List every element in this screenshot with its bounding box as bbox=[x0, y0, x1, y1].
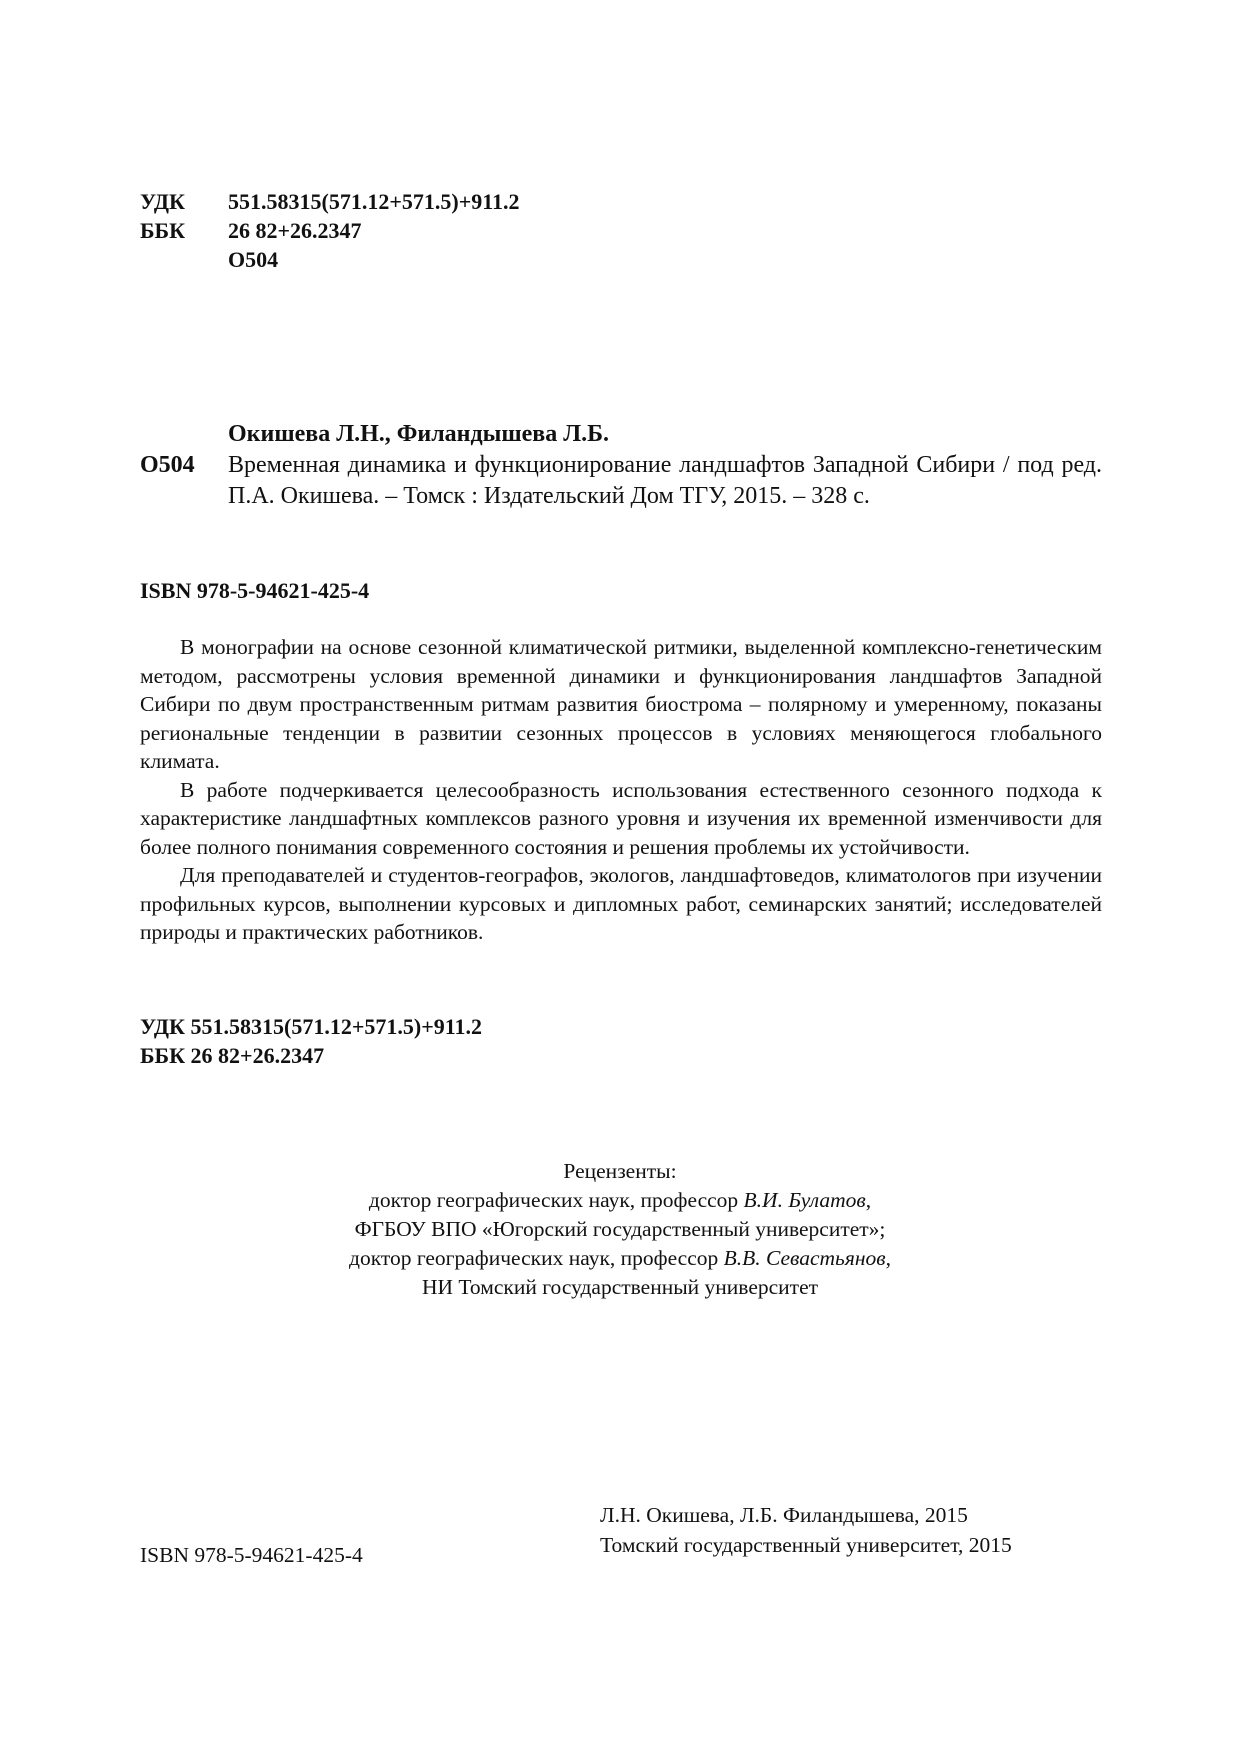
udk-value: 551.58315(571.12+571.5)+911.2 bbox=[228, 187, 520, 216]
authors: Окишева Л.Н., Филандышева Л.Б. bbox=[228, 419, 1102, 450]
author-mark: О504 bbox=[228, 245, 278, 274]
bibliographic-description: О504 Временная динамика и функционирован… bbox=[140, 450, 1102, 512]
bbk-value: 26 82+26.2347 bbox=[228, 216, 362, 245]
copyright-authors: Л.Н. Окишева, Л.Б. Филандышева, 2015 bbox=[600, 1500, 1012, 1530]
reviewer-1-title: доктор географических наук, профессор bbox=[369, 1188, 744, 1212]
bibliographic-entry: Окишева Л.Н., Филандышева Л.Б. О504 Врем… bbox=[140, 419, 1102, 512]
reviewer-1-affiliation: ФГБОУ ВПО «Югорский государственный унив… bbox=[280, 1215, 960, 1244]
bbk-row: ББК 26 82+26.2347 bbox=[140, 216, 520, 245]
classification-block: УДК 551.58315(571.12+571.5)+911.2 ББК 26… bbox=[140, 187, 520, 274]
reviewer-2-title: доктор географических наук, профессор bbox=[349, 1246, 724, 1270]
reviewer-2-name: В.В. Севастьянов bbox=[724, 1246, 886, 1270]
title-description: Временная динамика и функционирование ла… bbox=[228, 450, 1102, 512]
annotation-paragraph: В работе подчеркивается целесообразность… bbox=[140, 776, 1102, 862]
reviewer-2-affiliation: НИ Томский государственный университет bbox=[280, 1273, 960, 1302]
isbn-bottom: ISBN 978-5-94621-425-4 bbox=[140, 1543, 363, 1568]
udk-bottom: УДК 551.58315(571.12+571.5)+911.2 bbox=[140, 1012, 482, 1041]
udk-row: УДК 551.58315(571.12+571.5)+911.2 bbox=[140, 187, 520, 216]
author-code: О504 bbox=[140, 450, 228, 512]
copyright-block: Л.Н. Окишева, Л.Б. Филандышева, 2015 Том… bbox=[600, 1500, 1012, 1560]
reviewers-block: Рецензенты: доктор географических наук, … bbox=[280, 1157, 960, 1302]
bbk-bottom: ББК 26 82+26.2347 bbox=[140, 1041, 482, 1070]
reviewer-1-name: В.И. Булатов bbox=[744, 1188, 866, 1212]
copyright-publisher: Томский государственный университет, 201… bbox=[600, 1530, 1012, 1560]
udk-label: УДК bbox=[140, 187, 228, 216]
reviewer-1: доктор географических наук, профессор В.… bbox=[280, 1186, 960, 1215]
bbk-label: ББК bbox=[140, 216, 228, 245]
reviewers-heading: Рецензенты: bbox=[280, 1157, 960, 1186]
classification-bottom: УДК 551.58315(571.12+571.5)+911.2 ББК 26… bbox=[140, 1012, 482, 1070]
annotation-paragraph: Для преподавателей и студентов-географов… bbox=[140, 861, 1102, 947]
author-mark-row: О504 bbox=[140, 245, 520, 274]
isbn-top: ISBN 978-5-94621-425-4 bbox=[140, 578, 369, 604]
annotation: В монографии на основе сезонной климатич… bbox=[140, 633, 1102, 947]
reviewer-2: доктор географических наук, профессор В.… bbox=[280, 1244, 960, 1273]
annotation-paragraph: В монографии на основе сезонной климатич… bbox=[140, 633, 1102, 776]
